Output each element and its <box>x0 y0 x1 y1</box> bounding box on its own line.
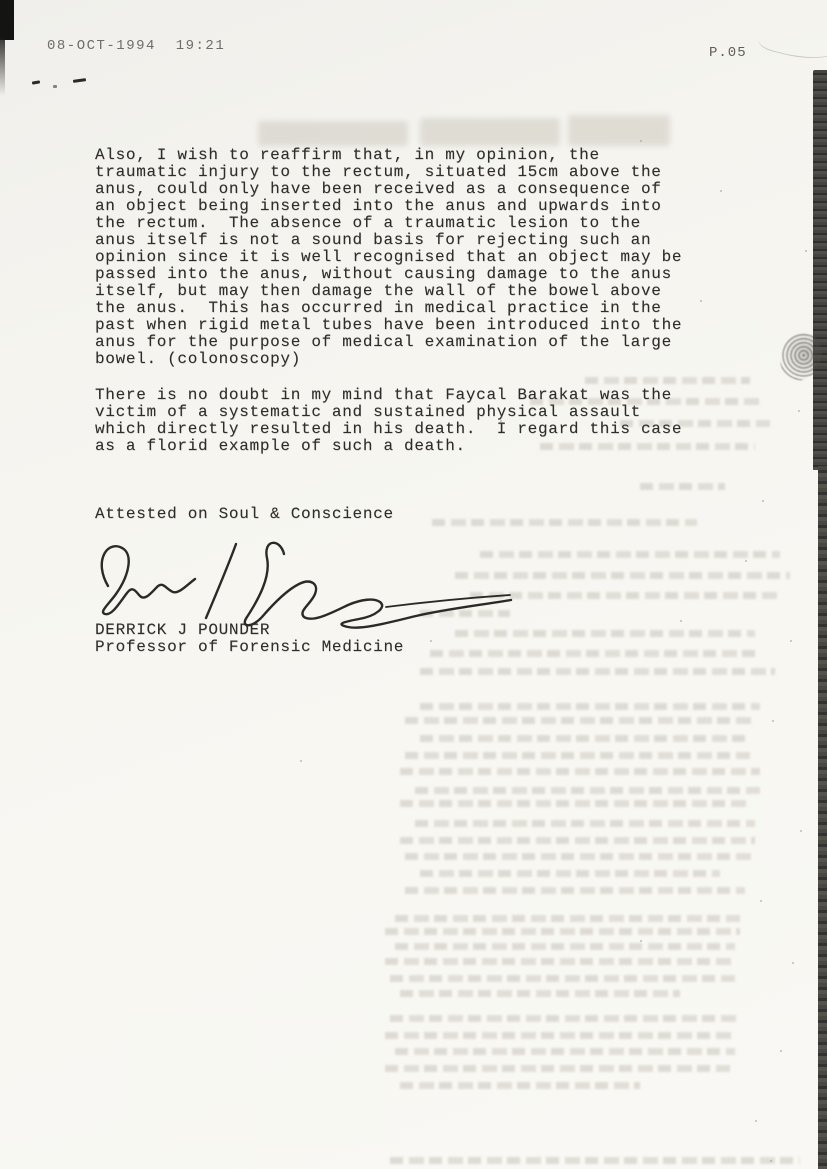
bleed-through-text-line <box>395 943 735 950</box>
scan-speckle <box>770 1160 772 1162</box>
signatory-name: DERRICK J POUNDER <box>95 622 404 639</box>
scan-speckle <box>790 640 792 642</box>
scan-speckle <box>792 962 794 964</box>
bleed-through-text-line <box>390 1157 800 1164</box>
text-line: victim of a systematic and sustained phy… <box>95 404 735 421</box>
pen-mark <box>53 85 57 88</box>
text-line: anus itself is not a sound basis for rej… <box>95 232 735 249</box>
bleed-through-text-line <box>400 990 680 997</box>
bleed-through-text-line <box>470 592 780 599</box>
scan-speckle <box>762 500 764 502</box>
bleed-through-text-line <box>385 1065 730 1072</box>
scan-right-band-artifact <box>813 70 827 470</box>
scan-speckle <box>800 830 802 832</box>
scan-speckle <box>430 640 432 642</box>
text-line: anus for the purpose of medical examinat… <box>95 334 735 351</box>
text-line: the rectum. The absence of a traumatic l… <box>95 215 735 232</box>
signatory-title: Professor of Forensic Medicine <box>95 639 404 656</box>
signatory-block: DERRICK J POUNDER Professor of Forensic … <box>95 622 404 656</box>
text-line: anus, could only have been received as a… <box>95 181 735 198</box>
scan-speckle <box>755 1120 757 1122</box>
signature-scrawl <box>86 532 516 632</box>
scan-speckle <box>772 720 774 722</box>
scan-left-edge-artifact <box>0 38 5 96</box>
paragraph-1: Also, I wish to reaffirm that, in my opi… <box>95 147 735 368</box>
scan-speckle <box>300 760 302 762</box>
scan-corner-artifact <box>0 0 14 40</box>
bleed-through-text-line <box>640 483 725 490</box>
pen-mark <box>73 78 86 83</box>
text-line: bowel. (colonoscopy) <box>95 351 735 368</box>
bleed-through-text-line <box>400 768 760 775</box>
bleed-through-text-line <box>480 551 780 558</box>
text-line: the anus. This has occurred in medical p… <box>95 300 735 317</box>
paper-crease <box>756 8 827 70</box>
scan-speckle <box>640 940 642 942</box>
text-line: an object being inserted into the anus a… <box>95 198 735 215</box>
fax-timestamp: 08-OCT-1994 19:21 <box>47 38 225 54</box>
fax-page-number: P.05 <box>709 45 747 61</box>
bleed-through-text-line <box>400 800 750 807</box>
bleed-through-text-line <box>390 1015 740 1022</box>
bleed-through-text-line <box>420 870 720 877</box>
text-line: There is no doubt in my mind that Faycal… <box>95 387 735 404</box>
scan-speckle <box>798 410 800 412</box>
bleed-through-text-line <box>415 820 755 827</box>
bleed-through-text-line <box>400 837 755 844</box>
attestation-line: Attested on Soul & Conscience <box>95 505 394 523</box>
text-line: which directly resulted in his death. I … <box>95 421 735 438</box>
pen-mark <box>32 80 40 84</box>
bleed-through-text-line <box>430 650 760 657</box>
text-line: as a florid example of such a death. <box>95 438 735 455</box>
bleed-through-text-line <box>390 975 735 982</box>
bleed-through-text-line <box>395 915 740 922</box>
bleed-through-text-line <box>385 958 735 965</box>
letter-body: Also, I wish to reaffirm that, in my opi… <box>95 147 735 455</box>
scan-speckle <box>640 140 642 142</box>
bleed-through-text-line <box>405 717 755 724</box>
scan-speckle <box>745 560 747 562</box>
paragraph-2: There is no doubt in my mind that Faycal… <box>95 387 735 455</box>
scan-speckle <box>760 900 762 902</box>
bleed-through-text-line <box>405 887 745 894</box>
text-line: opinion since it is well recognised that… <box>95 249 735 266</box>
scan-speckle <box>805 250 807 252</box>
bleed-through-text-line <box>395 1048 735 1055</box>
bleed-through-text-line <box>420 668 775 675</box>
bleed-through-text-line <box>415 787 760 794</box>
bleed-through-text-line <box>420 703 760 710</box>
text-line: traumatic injury to the rectum, situated… <box>95 164 735 181</box>
bleed-through-text-line <box>385 928 740 935</box>
text-line: past when rigid metal tubes have been in… <box>95 317 735 334</box>
bleed-through-text-line <box>405 853 755 860</box>
text-line: Also, I wish to reaffirm that, in my opi… <box>95 147 735 164</box>
text-line: passed into the anus, without causing da… <box>95 266 735 283</box>
bleed-through-text-line <box>420 735 750 742</box>
bleed-through-text-line <box>400 1082 640 1089</box>
scanned-letter-page: 08-OCT-1994 19:21 P.05 Also, I wish to r… <box>0 0 827 1169</box>
bleed-through-text-line <box>432 519 697 526</box>
text-line: itself, but may then damage the wall of … <box>95 283 735 300</box>
bleed-through-text-line <box>405 752 750 759</box>
bleed-through-blob <box>258 121 408 146</box>
scan-speckle <box>780 1050 782 1052</box>
bleed-through-blob <box>568 115 670 146</box>
bleed-through-text-line <box>385 1032 735 1039</box>
scan-speckle <box>680 620 682 622</box>
scan-right-band-artifact <box>818 466 827 1169</box>
bleed-through-blob <box>420 118 560 146</box>
